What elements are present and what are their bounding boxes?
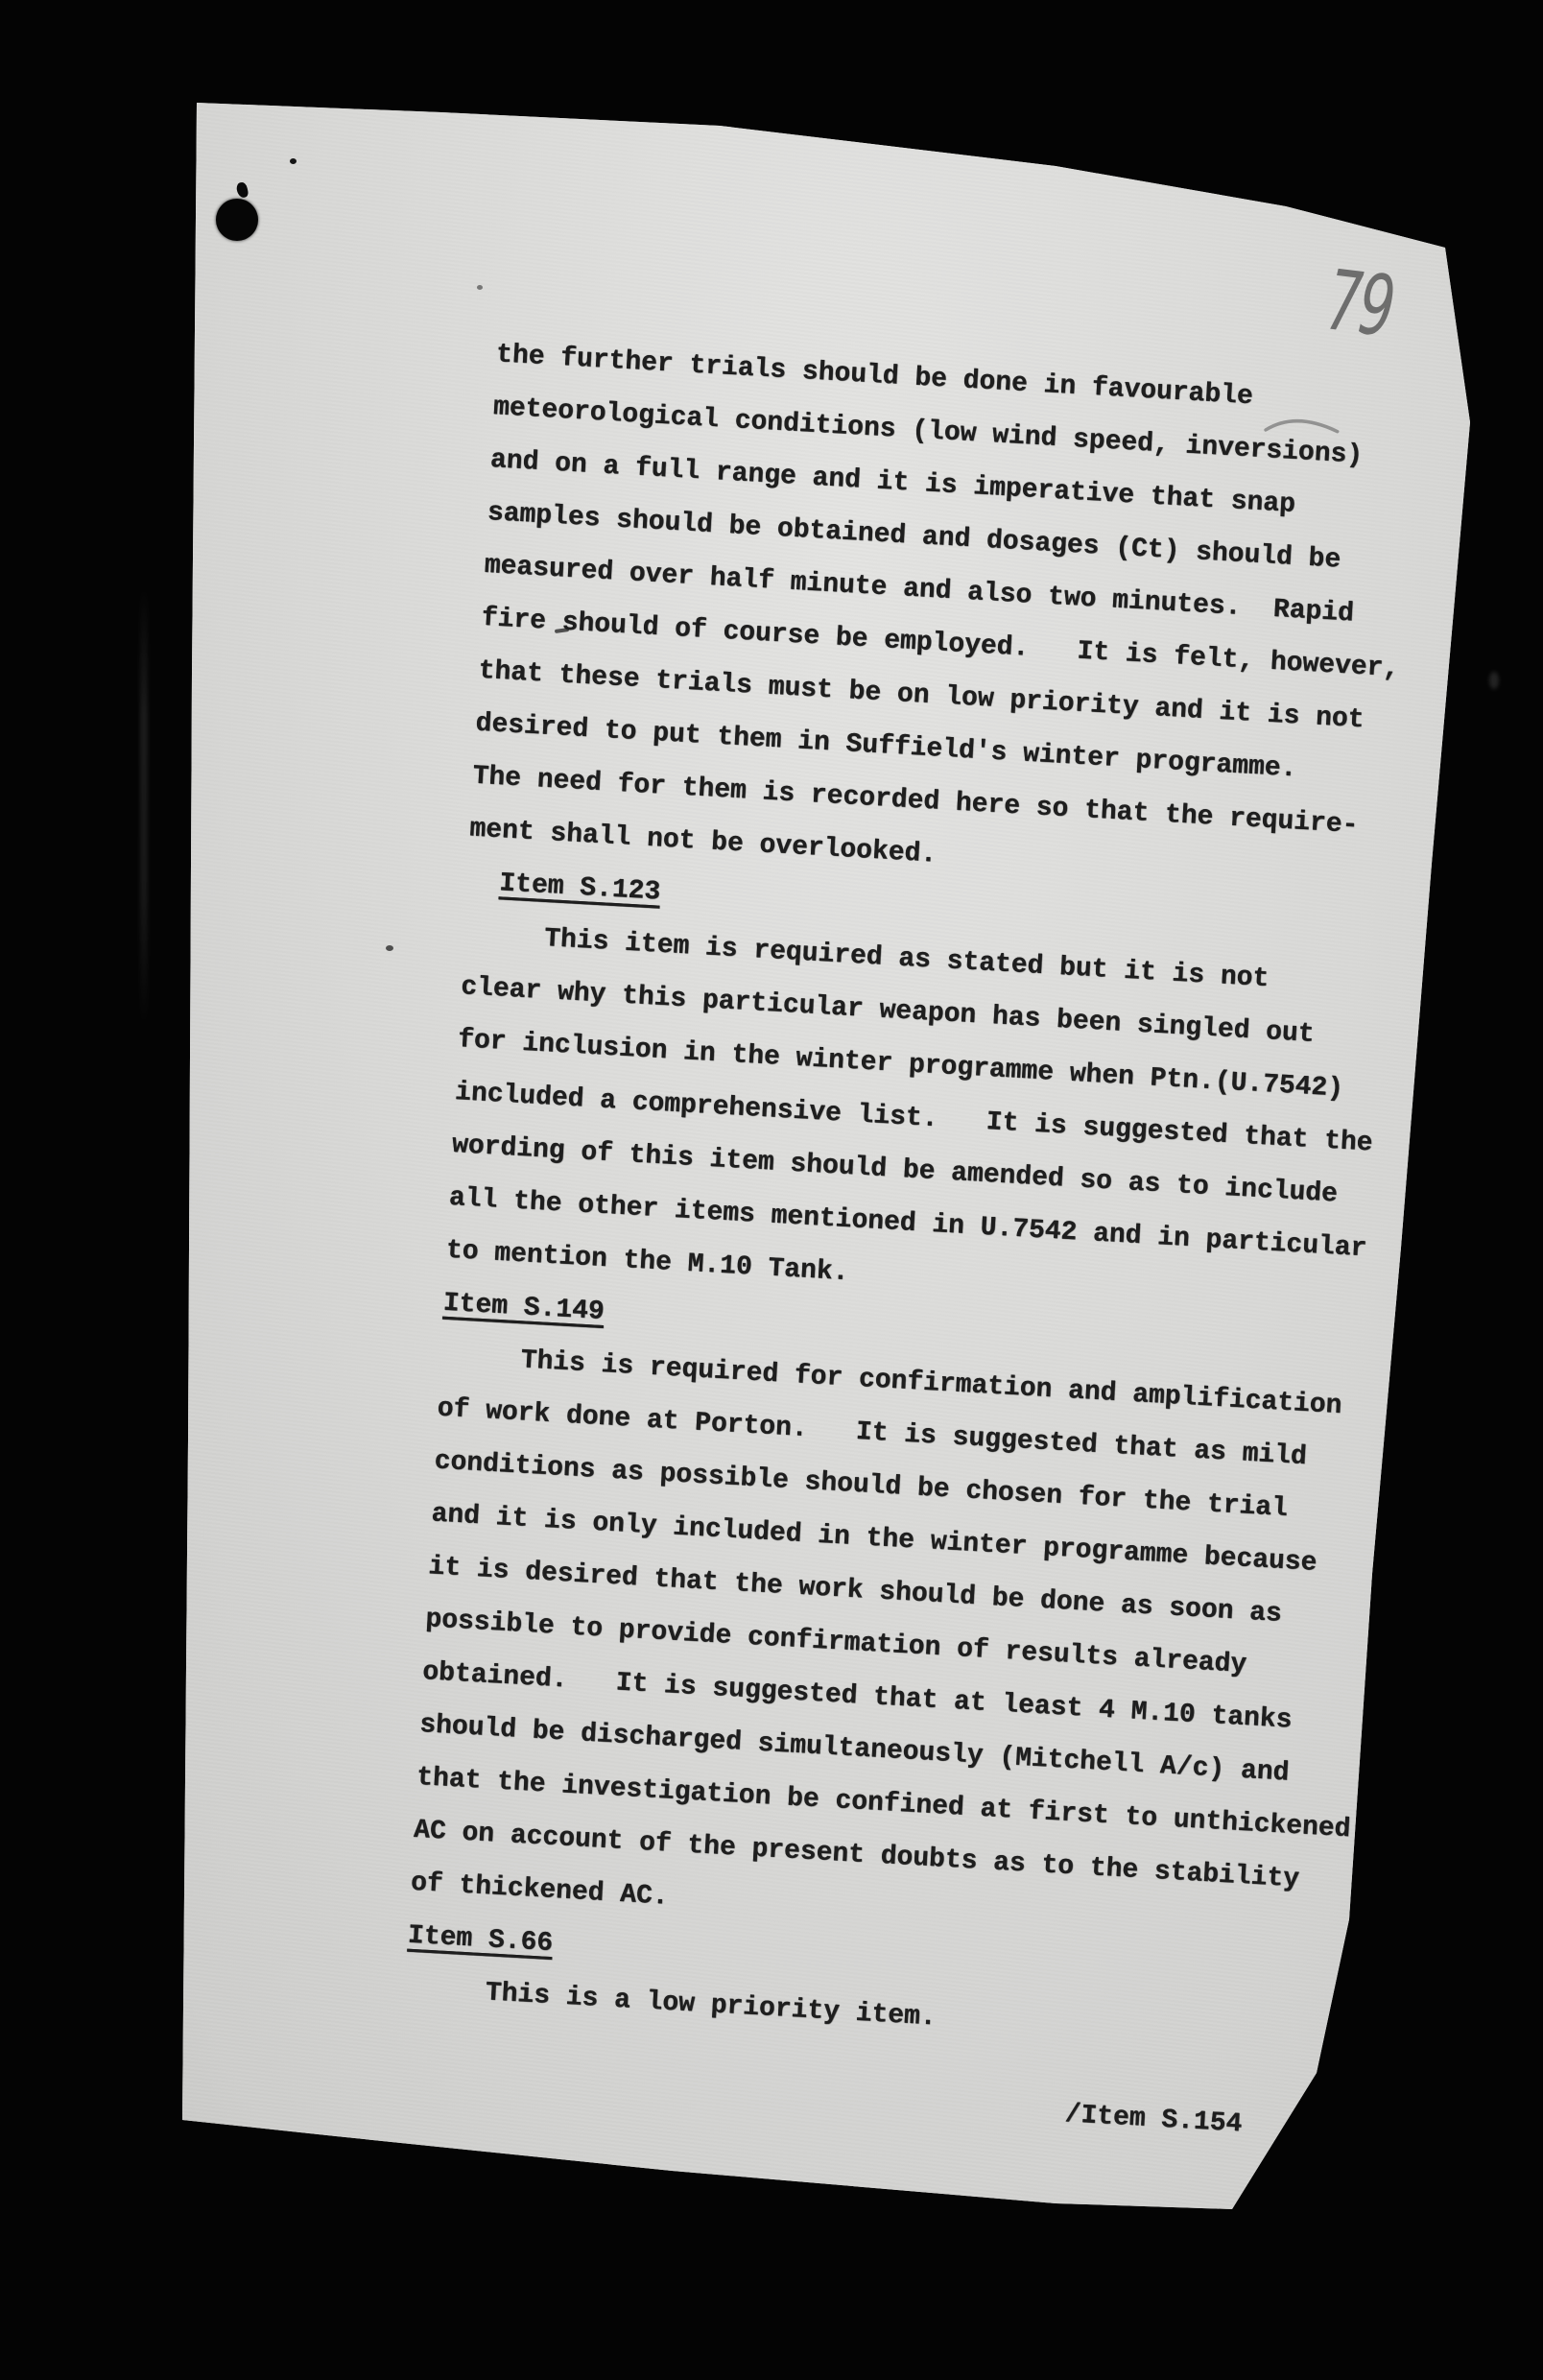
continuation-note: /Item S.154 bbox=[326, 2030, 1364, 2140]
text-line-content: Item S.66 bbox=[407, 1921, 554, 1959]
page-number: 79 bbox=[1316, 251, 1452, 362]
text-line-content: This is a low priority item. bbox=[485, 1978, 937, 2033]
text-line-content: Item S.149 bbox=[442, 1289, 605, 1327]
text-line-content: of thickened AC. bbox=[410, 1868, 669, 1913]
text-line-content: /Item S.154 bbox=[1064, 2100, 1243, 2139]
document-photo: 79 the further trials should be done in … bbox=[0, 0, 1543, 2380]
scan-streak bbox=[140, 585, 148, 1027]
paper-speck bbox=[477, 285, 483, 290]
ink-blot bbox=[235, 181, 249, 199]
paper-speck bbox=[290, 158, 297, 164]
text-line-content: Item S.123 bbox=[499, 869, 661, 907]
document-page: 79 the further trials should be done in … bbox=[0, 0, 1543, 2380]
punch-hole bbox=[216, 199, 258, 241]
scan-fleck bbox=[1489, 672, 1499, 689]
typewritten-text: the further trials should be done in fav… bbox=[326, 307, 1460, 2140]
